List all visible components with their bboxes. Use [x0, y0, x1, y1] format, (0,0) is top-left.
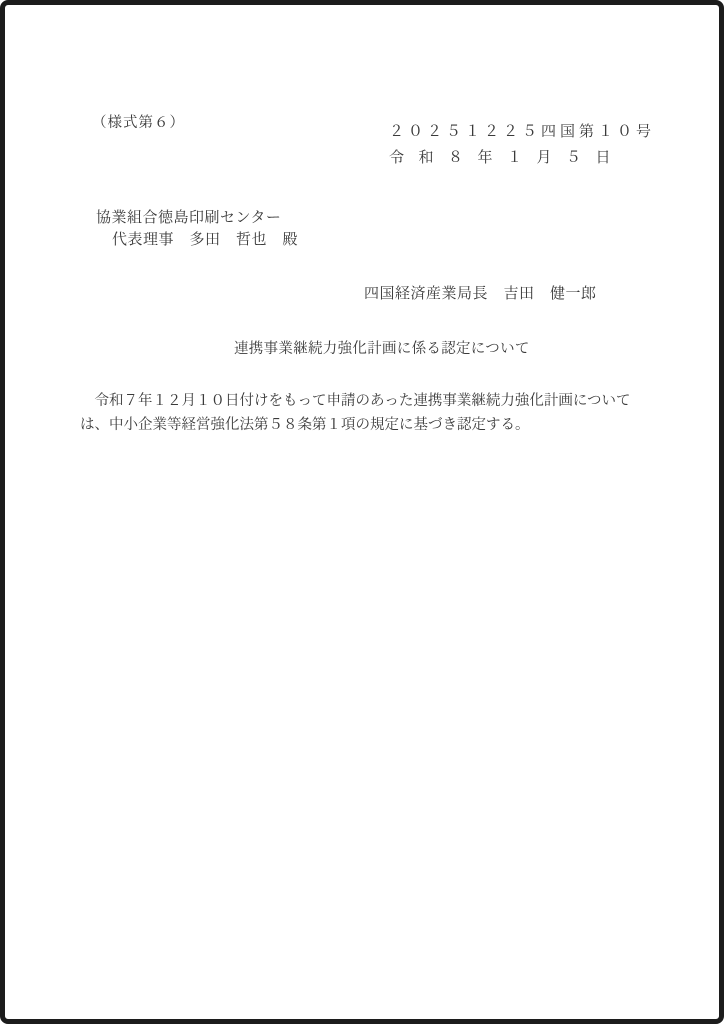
document-title: 連携事業継続力強化計画に係る認定について [234, 337, 530, 358]
document-page: （様式第６） ２０２５１２２５四国第１０号 令和８年１月５日 協業組合徳島印刷セ… [5, 5, 719, 1019]
issue-date: 令和８年１月５日 [389, 146, 625, 167]
recipient-representative: 代表理事 多田 哲也 殿 [112, 228, 298, 249]
document-number: ２０２５１２２５四国第１０号 [389, 120, 655, 141]
document-body-text: 令和７年１２月１０日付けをもって申請のあった連携事業継続力強化計画については、中… [80, 390, 658, 437]
sender-name: 四国経済産業局長 吉田 健一郎 [364, 282, 597, 303]
recipient-organization: 協業組合徳島印刷センター [96, 206, 281, 227]
document-frame: （様式第６） ２０２５１２２５四国第１０号 令和８年１月５日 協業組合徳島印刷セ… [0, 0, 724, 1024]
form-number-label: （様式第６） [92, 111, 185, 132]
